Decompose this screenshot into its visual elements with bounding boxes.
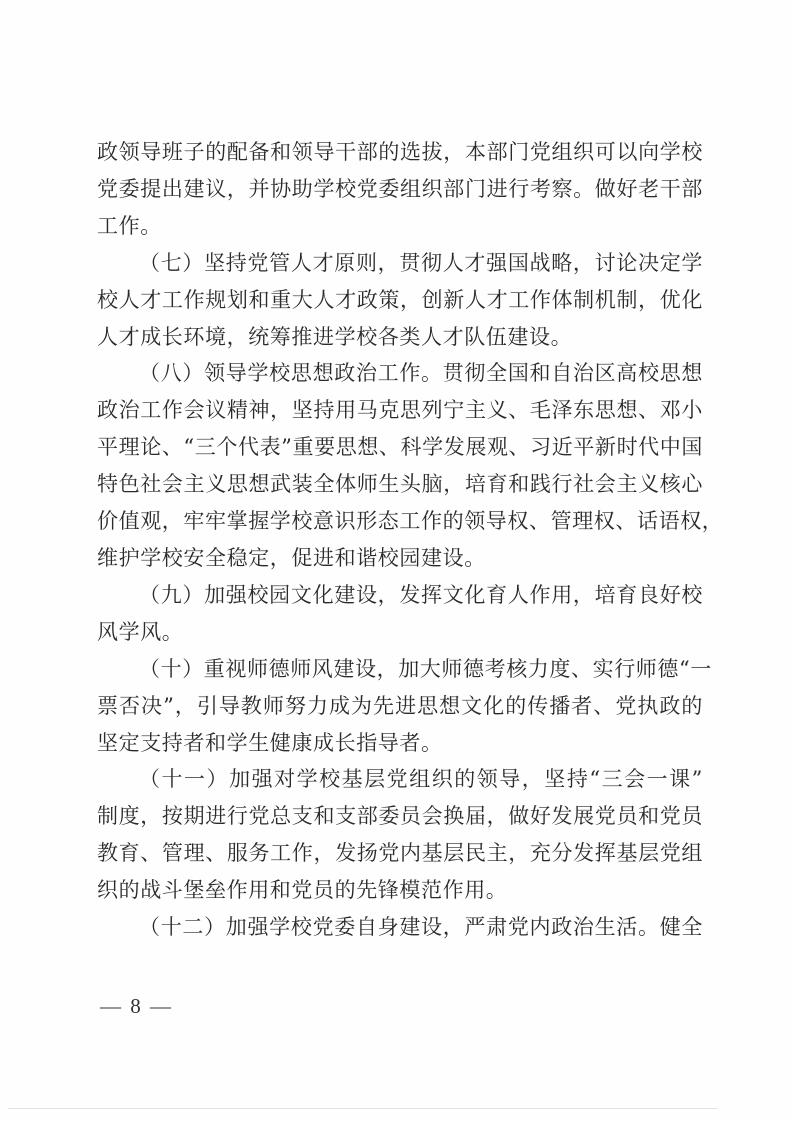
text-line: 特色社会主义思想武装全体师生头脑，培育和践行社会主义核心 bbox=[97, 466, 703, 503]
paragraph-item-7: （七）坚持党管人才原则，贯彻人才强国战略，讨论决定学 校人才工作规划和重大人才政… bbox=[97, 245, 703, 356]
text-line: 坚定支持者和学生健康成长指导者。 bbox=[97, 725, 703, 762]
text-line: 政治工作会议精神，坚持用马克思列宁主义、毛泽东思想、邓小 bbox=[97, 392, 703, 429]
text-line: 校人才工作规划和重大人才政策，创新人才工作体制机制，优化 bbox=[97, 282, 703, 319]
text-line: 人才成长环境，统筹推进学校各类人才队伍建设。 bbox=[97, 319, 703, 356]
document-page: 政领导班子的配备和领导干部的选拔，本部门党组织可以向学校 党委提出建议，并协助学… bbox=[0, 0, 793, 1121]
text-line: 制度，按期进行党总支和支部委员会换届，做好发展党员和党员 bbox=[97, 798, 703, 835]
text-line: 党委提出建议，并协助学校党委组织部门进行考察。做好老干部 bbox=[97, 171, 703, 208]
text-line: 教育、管理、服务工作，发扬党内基层民主，充分发挥基层党组 bbox=[97, 835, 703, 872]
text-line: 平理论、“三个代表”重要思想、科学发展观、习近平新时代中国 bbox=[97, 429, 703, 466]
text-line: 工作。 bbox=[97, 208, 703, 245]
paragraph-item-9: （九）加强校园文化建设，发挥文化育人作用，培育良好校 风学风。 bbox=[97, 577, 703, 651]
text-line: 风学风。 bbox=[97, 614, 703, 651]
text-line: 织的战斗堡垒作用和党员的先锋模范作用。 bbox=[97, 872, 703, 909]
text-line: 票否决”，引导教师努力成为先进思想文化的传播者、党执政的 bbox=[97, 688, 703, 725]
paragraph-item-11: （十一）加强对学校基层党组织的领导，坚持“三会一课” 制度，按期进行党总支和支部… bbox=[97, 761, 703, 909]
paragraph-item-12: （十二）加强学校党委自身建设，严肃党内政治生活。健全 bbox=[97, 909, 703, 946]
paragraph-item-10: （十）重视师德师风建设，加大师德考核力度、实行师德“一 票否决”，引导教师努力成… bbox=[97, 651, 703, 762]
text-line: 维护学校安全稳定，促进和谐校园建设。 bbox=[97, 540, 703, 577]
page-edge-rule bbox=[8, 1108, 718, 1109]
page-number: — 8 — bbox=[100, 994, 173, 1019]
text-line: （十）重视师德师风建设，加大师德考核力度、实行师德“一 bbox=[97, 651, 703, 688]
text-line: （十一）加强对学校基层党组织的领导，坚持“三会一课” bbox=[97, 761, 703, 798]
text-line: 政领导班子的配备和领导干部的选拔，本部门党组织可以向学校 bbox=[97, 134, 703, 171]
paragraph-continuation: 政领导班子的配备和领导干部的选拔，本部门党组织可以向学校 党委提出建议，并协助学… bbox=[97, 134, 703, 245]
paragraph-item-8: （八）领导学校思想政治工作。贯彻全国和自治区高校思想 政治工作会议精神，坚持用马… bbox=[97, 355, 703, 576]
text-line: 价值观，牢牢掌握学校意识形态工作的领导权、管理权、话语权， bbox=[97, 503, 703, 540]
body-text: 政领导班子的配备和领导干部的选拔，本部门党组织可以向学校 党委提出建议，并协助学… bbox=[97, 134, 703, 946]
text-line: （八）领导学校思想政治工作。贯彻全国和自治区高校思想 bbox=[97, 355, 703, 392]
text-line: （十二）加强学校党委自身建设，严肃党内政治生活。健全 bbox=[97, 909, 703, 946]
text-line: （九）加强校园文化建设，发挥文化育人作用，培育良好校 bbox=[97, 577, 703, 614]
text-line: （七）坚持党管人才原则，贯彻人才强国战略，讨论决定学 bbox=[97, 245, 703, 282]
